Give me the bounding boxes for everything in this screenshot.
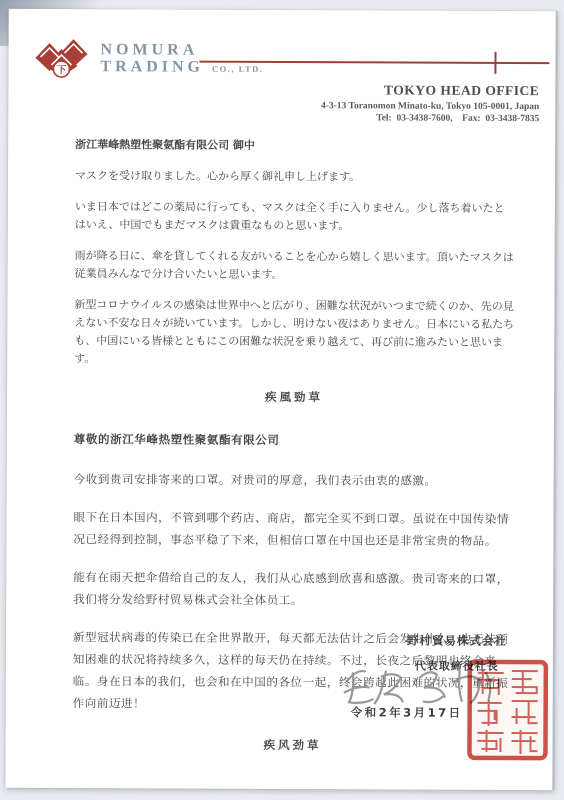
logo-mark-character: 下 bbox=[56, 63, 66, 76]
company-seal-stamp bbox=[466, 659, 548, 761]
letter-page: 下 NOMURA TRADING CO., LTD. TOKYO HEAD OF… bbox=[5, 9, 557, 790]
scan-background: 下 NOMURA TRADING CO., LTD. TOKYO HEAD OF… bbox=[0, 0, 564, 800]
company-name-line1: NOMURA bbox=[100, 42, 263, 60]
fold-mark bbox=[494, 52, 496, 74]
office-title: TOKYO HEAD OFFICE bbox=[321, 82, 539, 99]
office-address-block: TOKYO HEAD OFFICE 4-3-13 Toranomon Minat… bbox=[321, 82, 539, 124]
paragraph-ja-3: 雨が降る日に、傘を貸してくれる友がいることを心から嬉しく思います。頂いたマスクは… bbox=[75, 247, 515, 285]
paragraph-ja-4: 新型コロナウイルスの感染は世界中へと広がり、困難な状況がいつまで続くのか、先の見… bbox=[74, 296, 514, 370]
letterhead-brand: 下 NOMURA TRADING CO., LTD. bbox=[32, 36, 263, 83]
company-name-line2: TRADING bbox=[100, 58, 204, 75]
paragraph-ja-2: いま日本ではどこの薬局に行っても、マスクは全く手に入りません。少し落ち着いたとは… bbox=[75, 198, 515, 236]
paragraph-zh-3: 能有在雨天把伞借给自己的友人，我们从心底感到欣喜和感激。贵司寄来的口罩，我们将分… bbox=[73, 566, 513, 612]
signature-company: 野村貿易株式会社 bbox=[407, 633, 507, 649]
paragraph-zh-2: 眼下在日本国内，不管到哪个药店、商店，都完全买不到口罩。虽说在中国传染情况已经得… bbox=[73, 506, 513, 552]
paragraph-ja-1: マスクを受け取りました。心から厚く御礼申し上げます。 bbox=[75, 167, 515, 187]
motto-zh: 疾风劲草 bbox=[72, 736, 512, 754]
signature-date: 令和2年3月17日 bbox=[351, 704, 463, 720]
recipient-line-ja: 浙江華峰熱塑性聚氨酯有限公司 御中 bbox=[75, 136, 515, 156]
salutation-zh: 尊敬的浙江华峰热塑性聚氨酯有限公司 bbox=[74, 428, 514, 452]
nomura-logo-emblem: 下 bbox=[32, 36, 90, 82]
office-contact: Tel: 03-3438-7600, Fax: 03-3438-7835 bbox=[321, 113, 539, 124]
office-address: 4-3-13 Toranomon Minato-ku, Tokyo 105-00… bbox=[321, 101, 539, 112]
motto-ja: 疾風勁草 bbox=[74, 388, 514, 406]
company-suffix: CO., LTD. bbox=[212, 64, 263, 74]
company-wordmark: NOMURA TRADING CO., LTD. bbox=[100, 42, 263, 76]
paragraph-zh-1: 今收到贵司安排寄来的口罩。对贵司的厚意，我们表示由衷的感激。 bbox=[74, 468, 514, 492]
